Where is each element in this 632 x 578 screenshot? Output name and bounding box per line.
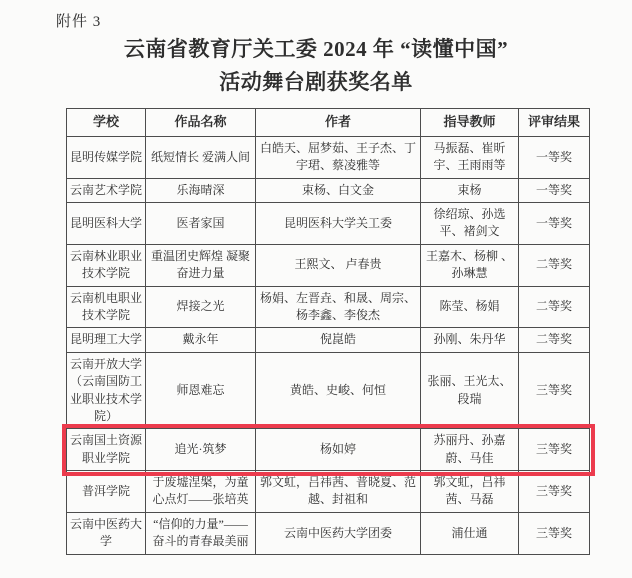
table-row: 昆明医科大学 医者家国 昆明医科大学关工委 徐绍琼、孙选平、褚剑文 一等奖 bbox=[67, 203, 590, 245]
table-row: 昆明传媒学院 纸短情长 爱满人间 白皓天、屈梦茹、王子杰、丁宇珺、蔡凌雅等 马振… bbox=[67, 136, 590, 178]
cell-school: 普洱学院 bbox=[67, 471, 146, 513]
cell-school: 云南国土资源职业学院 bbox=[67, 429, 146, 471]
cell-school: 昆明理工大学 bbox=[67, 328, 146, 352]
cell-teachers: 张丽、王光太、段瑞 bbox=[421, 352, 519, 429]
cell-award: 二等奖 bbox=[519, 286, 590, 328]
cell-work-title: 医者家国 bbox=[146, 203, 256, 245]
cell-award: 三等奖 bbox=[519, 352, 590, 429]
cell-work-title: 于废墟涅槃，为童心点灯——张培英 bbox=[146, 471, 256, 513]
cell-teachers: 孙刚、朱丹华 bbox=[421, 328, 519, 352]
cell-school: 昆明传媒学院 bbox=[67, 136, 146, 178]
cell-award: 三等奖 bbox=[519, 429, 590, 471]
cell-school: 云南艺术学院 bbox=[67, 178, 146, 202]
cell-work-title: 追光·筑梦 bbox=[146, 429, 256, 471]
table-row: 昆明理工大学 戴永年 倪崑皓 孙刚、朱丹华 二等奖 bbox=[67, 328, 590, 352]
cell-school: 昆明医科大学 bbox=[67, 203, 146, 245]
document-title: 云南省教育厅关工委 2024 年 “读懂中国” 活动舞台剧获奖名单 bbox=[0, 33, 632, 98]
cell-award: 一等奖 bbox=[519, 203, 590, 245]
document-page: 附件 3 云南省教育厅关工委 2024 年 “读懂中国” 活动舞台剧获奖名单 学… bbox=[0, 0, 632, 578]
award-table: 学校 作品名称 作者 指导教师 评审结果 昆明传媒学院 纸短情长 爱满人间 白皓… bbox=[66, 108, 590, 555]
table-body: 昆明传媒学院 纸短情长 爱满人间 白皓天、屈梦茹、王子杰、丁宇珺、蔡凌雅等 马振… bbox=[67, 136, 590, 554]
cell-award: 一等奖 bbox=[519, 178, 590, 202]
cell-teachers: 郭文虹，吕祎茜、马磊 bbox=[421, 471, 519, 513]
column-header-teachers: 指导教师 bbox=[421, 109, 519, 137]
cell-school: 云南开放大学（云南国防工业职业技术学院） bbox=[67, 352, 146, 429]
cell-work-title: 师恩难忘 bbox=[146, 352, 256, 429]
cell-award: 二等奖 bbox=[519, 328, 590, 352]
cell-teachers: 苏丽丹、孙嘉蔚、马佳 bbox=[421, 429, 519, 471]
cell-award: 三等奖 bbox=[519, 512, 590, 554]
cell-award: 二等奖 bbox=[519, 244, 590, 286]
cell-school: 云南中医药大学 bbox=[67, 512, 146, 554]
cell-work-title: “信仰的力量”——奋斗的青春最美丽 bbox=[146, 512, 256, 554]
cell-authors: 昆明医科大学关工委 bbox=[256, 203, 421, 245]
cell-authors: 郭文虹，吕祎茜、普晓夏、范越、封祖和 bbox=[256, 471, 421, 513]
cell-work-title: 纸短情长 爱满人间 bbox=[146, 136, 256, 178]
cell-school: 云南机电职业技术学院 bbox=[67, 286, 146, 328]
cell-work-title: 焊接之光 bbox=[146, 286, 256, 328]
table-row: 云南林业职业技术学院 重温团史辉煌 凝聚奋进力量 王熙文、 卢春贵 王嘉木、杨柳… bbox=[67, 244, 590, 286]
document-title-line2: 活动舞台剧获奖名单 bbox=[0, 66, 632, 99]
table-row: 云南艺术学院 乐海晴深 束杨、白文金 束杨 一等奖 bbox=[67, 178, 590, 202]
cell-work-title: 戴永年 bbox=[146, 328, 256, 352]
table-row: 普洱学院 于废墟涅槃，为童心点灯——张培英 郭文虹，吕祎茜、普晓夏、范越、封祖和… bbox=[67, 471, 590, 513]
cell-authors: 黄皓、史峻、何恒 bbox=[256, 352, 421, 429]
table-row: 云南机电职业技术学院 焊接之光 杨娟、左晋垚、和晟、周宗、杨李鑫、李俊杰 陈莹、… bbox=[67, 286, 590, 328]
column-header-authors: 作者 bbox=[256, 109, 421, 137]
cell-work-title: 乐海晴深 bbox=[146, 178, 256, 202]
cell-teachers: 束杨 bbox=[421, 178, 519, 202]
column-header-award: 评审结果 bbox=[519, 109, 590, 137]
cell-teachers: 马振磊、崔昕宇、王雨雨等 bbox=[421, 136, 519, 178]
document-title-line1: 云南省教育厅关工委 2024 年 “读懂中国” bbox=[0, 33, 632, 66]
cell-award: 三等奖 bbox=[519, 471, 590, 513]
cell-authors: 杨娟、左晋垚、和晟、周宗、杨李鑫、李俊杰 bbox=[256, 286, 421, 328]
cell-school: 云南林业职业技术学院 bbox=[67, 244, 146, 286]
table-row: 云南中医药大学 “信仰的力量”——奋斗的青春最美丽 云南中医药大学团委 浦仕通 … bbox=[67, 512, 590, 554]
cell-teachers: 浦仕通 bbox=[421, 512, 519, 554]
cell-authors: 云南中医药大学团委 bbox=[256, 512, 421, 554]
table-row: 云南开放大学（云南国防工业职业技术学院） 师恩难忘 黄皓、史峻、何恒 张丽、王光… bbox=[67, 352, 590, 429]
cell-authors: 倪崑皓 bbox=[256, 328, 421, 352]
cell-authors: 杨如婷 bbox=[256, 429, 421, 471]
cell-authors: 白皓天、屈梦茹、王子杰、丁宇珺、蔡凌雅等 bbox=[256, 136, 421, 178]
column-header-work: 作品名称 bbox=[146, 109, 256, 137]
cell-teachers: 王嘉木、杨柳 、孙琳慧 bbox=[421, 244, 519, 286]
table-header-row: 学校 作品名称 作者 指导教师 评审结果 bbox=[67, 109, 590, 137]
cell-authors: 王熙文、 卢春贵 bbox=[256, 244, 421, 286]
cell-teachers: 陈莹、杨娟 bbox=[421, 286, 519, 328]
cell-work-title: 重温团史辉煌 凝聚奋进力量 bbox=[146, 244, 256, 286]
table-row-highlighted: 云南国土资源职业学院 追光·筑梦 杨如婷 苏丽丹、孙嘉蔚、马佳 三等奖 bbox=[67, 429, 590, 471]
attachment-label: 附件 3 bbox=[56, 10, 101, 31]
cell-award: 一等奖 bbox=[519, 136, 590, 178]
cell-authors: 束杨、白文金 bbox=[256, 178, 421, 202]
column-header-school: 学校 bbox=[67, 109, 146, 137]
cell-teachers: 徐绍琼、孙选平、褚剑文 bbox=[421, 203, 519, 245]
